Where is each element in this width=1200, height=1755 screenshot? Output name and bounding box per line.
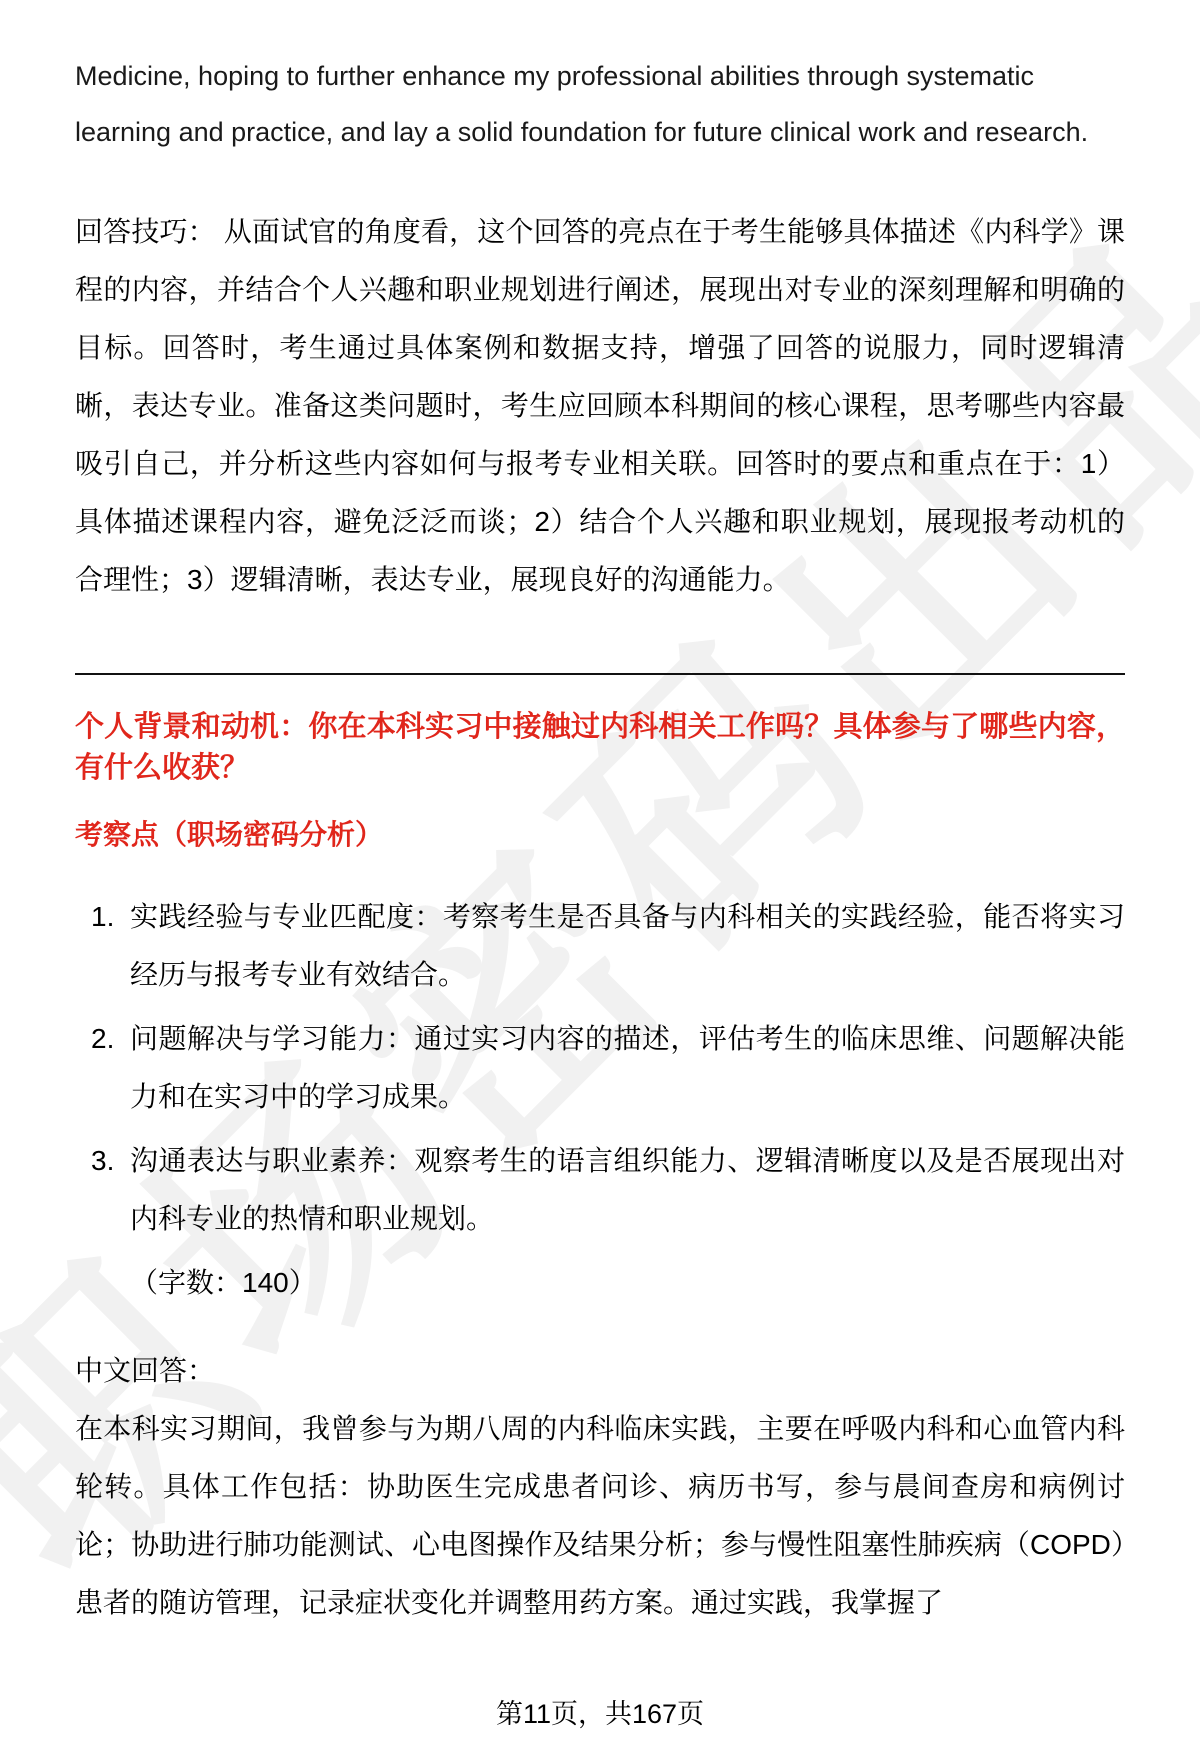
list-item: 1. 实践经验与专业匹配度：考察考生是否具备与内科相关的实践经验，能否将实习经历… <box>75 888 1125 1004</box>
list-item-text: 实践经验与专业匹配度：考察考生是否具备与内科相关的实践经验，能否将实习经历与报考… <box>130 901 1125 990</box>
page-content: Medicine, hoping to further enhance my p… <box>0 0 1200 1632</box>
question-title: 个人背景和动机：你在本科实习中接触过内科相关工作吗？具体参与了哪些内容，有什么收… <box>75 707 1125 789</box>
list-item-number: 1. <box>91 888 114 946</box>
list-item-text: 问题解决与学习能力：通过实习内容的描述，评估考生的临床思维、问题解决能力和在实习… <box>130 1023 1125 1112</box>
word-count: （字数：140） <box>75 1254 1125 1312</box>
list-item: 3. 沟通表达与职业素养：观察考生的语言组织能力、逻辑清晰度以及是否展现出对内科… <box>75 1132 1125 1248</box>
chinese-answer-label: 中文回答： <box>75 1342 1125 1400</box>
page-number: 第11页，共167页 <box>0 1692 1200 1731</box>
assessment-points-list: 1. 实践经验与专业匹配度：考察考生是否具备与内科相关的实践经验，能否将实习经历… <box>75 888 1125 1248</box>
chinese-answer-paragraph: 在本科实习期间，我曾参与为期八周的内科临床实践，主要在呼吸内科和心血管内科轮转。… <box>75 1400 1125 1632</box>
section-divider <box>75 673 1125 675</box>
list-item-number: 3. <box>91 1132 114 1190</box>
assessment-points-heading: 考察点（职场密码分析） <box>75 820 1125 850</box>
list-item-number: 2. <box>91 1010 114 1068</box>
answer-tips-paragraph: 回答技巧： 从面试官的角度看，这个回答的亮点在于考生能够具体描述《内科学》课程的… <box>75 203 1125 609</box>
list-item-text: 沟通表达与职业素养：观察考生的语言组织能力、逻辑清晰度以及是否展现出对内科专业的… <box>130 1145 1125 1234</box>
document-page: 职场密码出品 Medicine, hoping to further enhan… <box>0 0 1200 1755</box>
list-item: 2. 问题解决与学习能力：通过实习内容的描述，评估考生的临床思维、问题解决能力和… <box>75 1010 1125 1126</box>
intro-english-paragraph: Medicine, hoping to further enhance my p… <box>75 48 1125 160</box>
